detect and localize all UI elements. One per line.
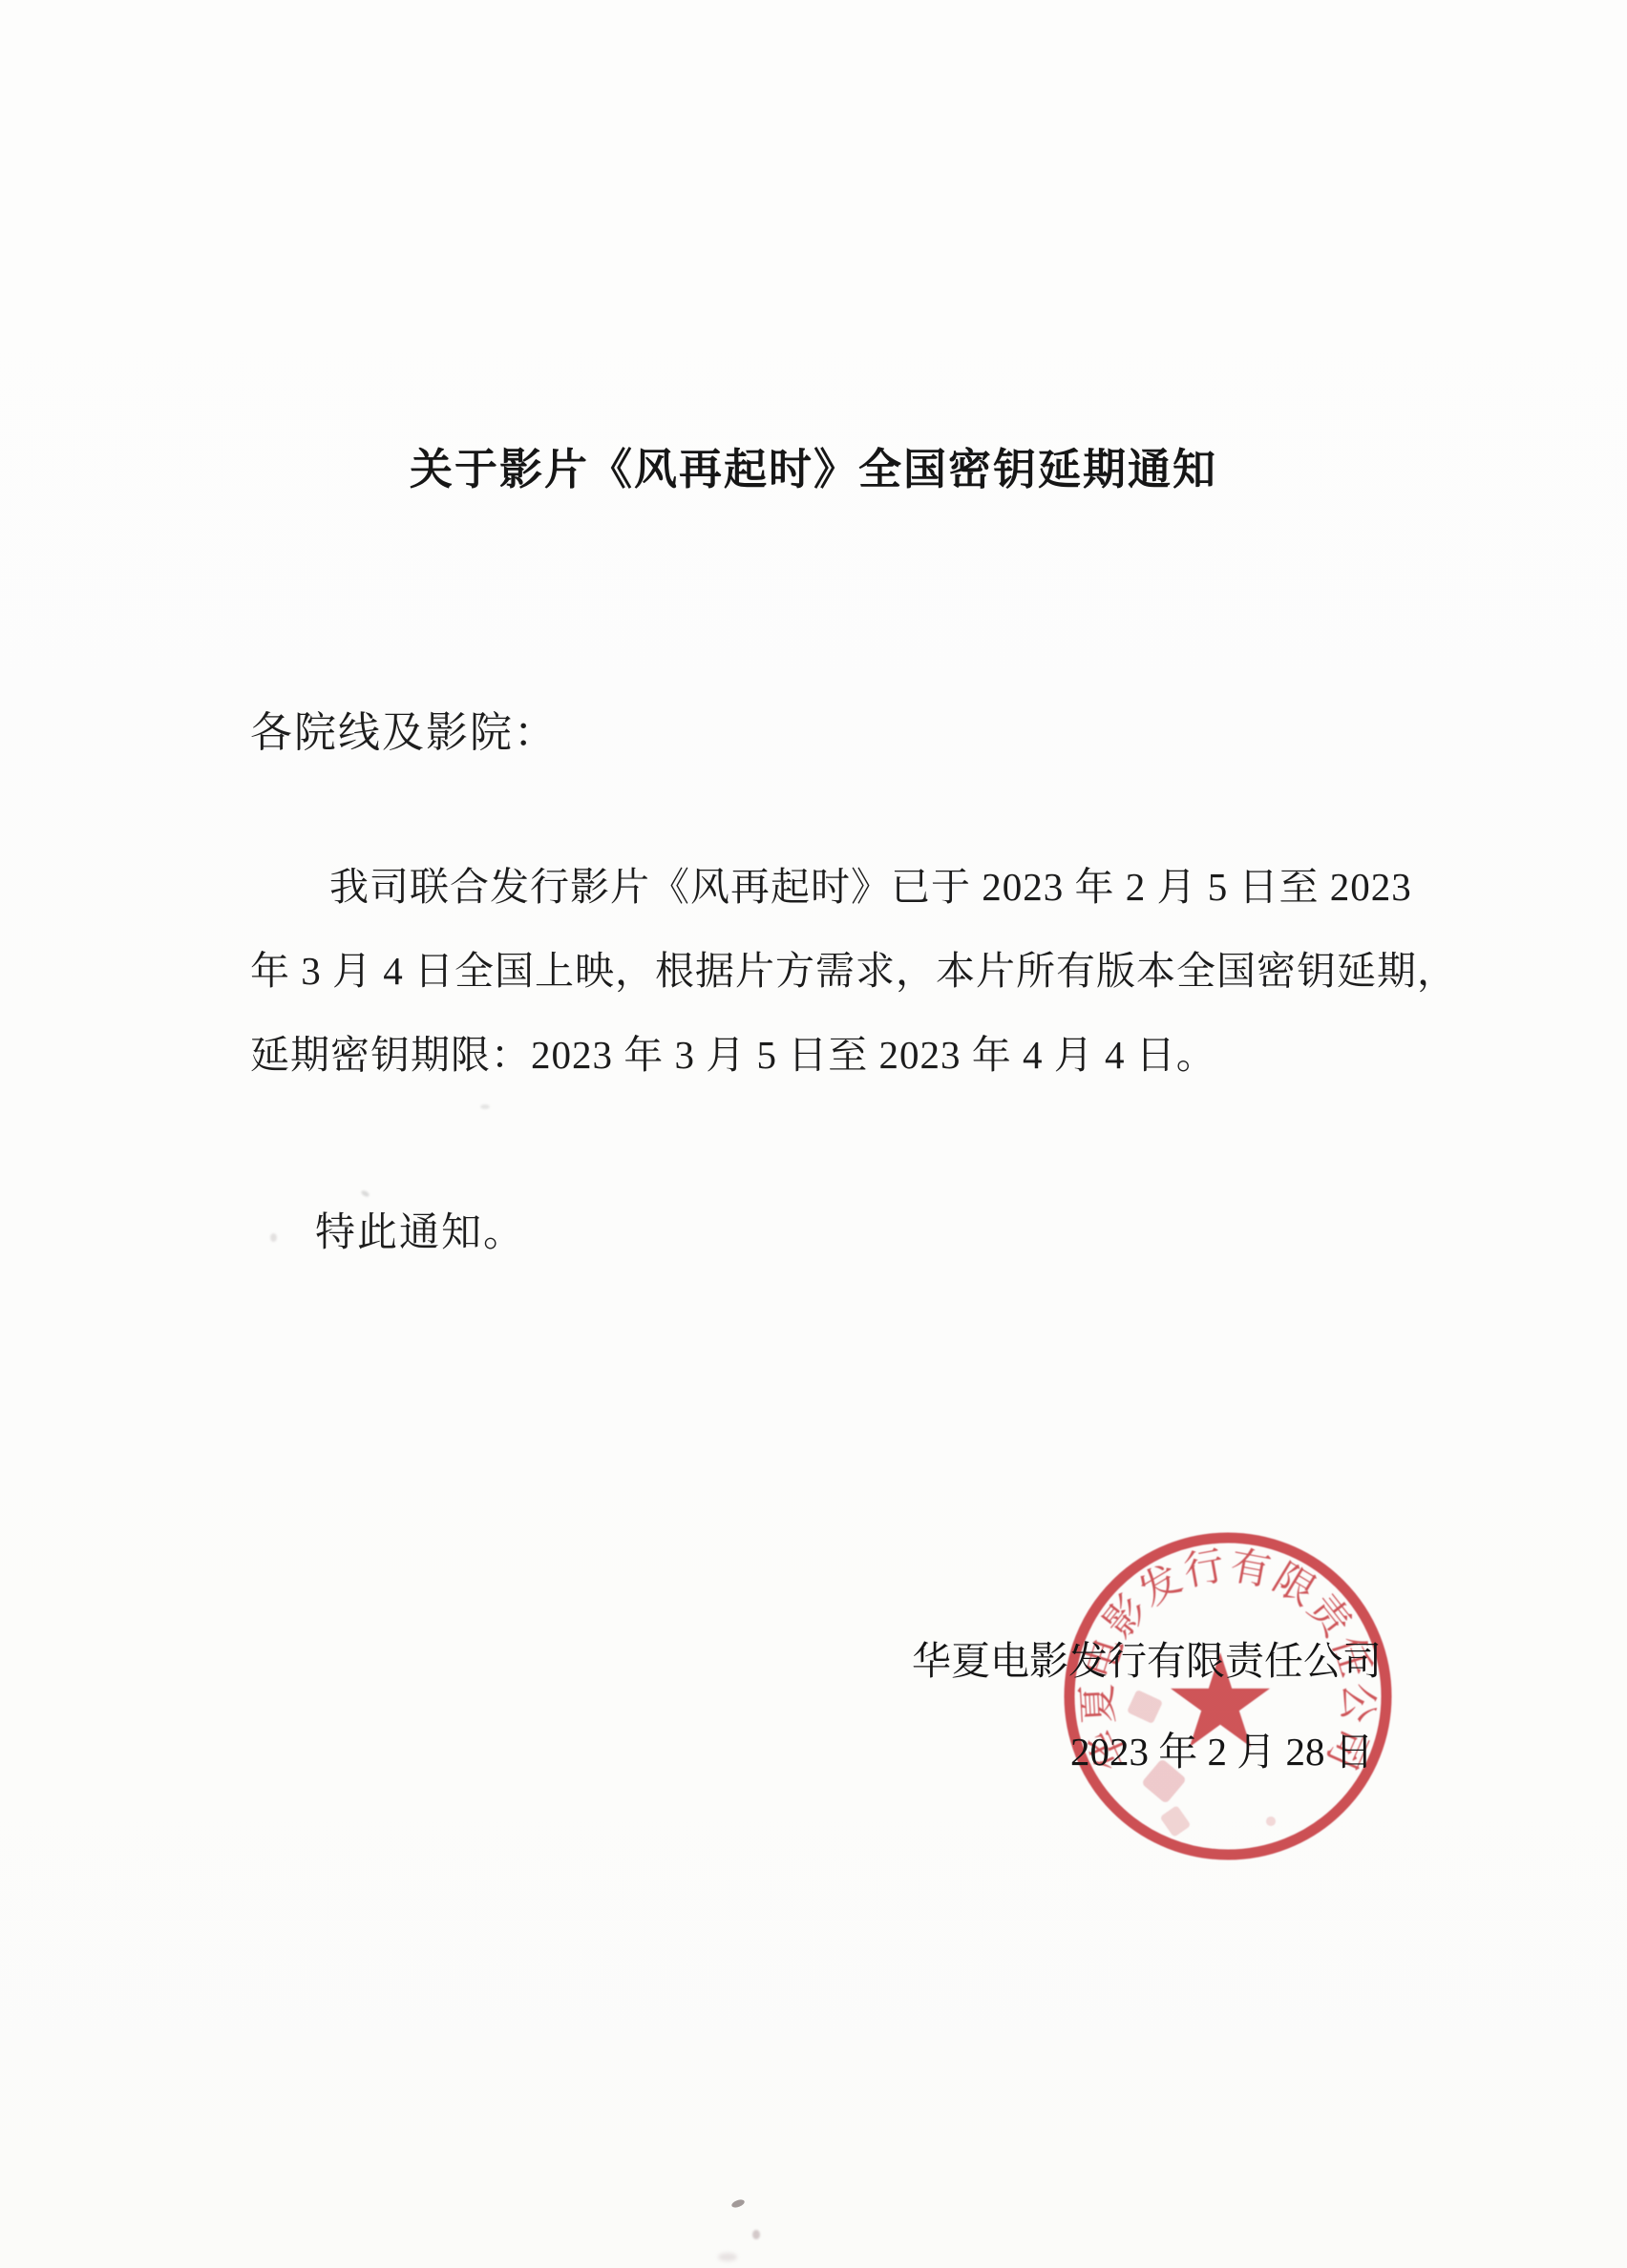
signature-date: 2023 年 2 月 28 日 [1070, 1720, 1374, 1776]
closing-line: 特此通知。 [315, 1201, 525, 1258]
seal-graphic: 华夏电影发行有限责任公司 [1056, 1524, 1400, 1868]
document-page: 关于影片《风再起时》全国密钥延期通知 各院线及影院： 我司联合发行影片《风再起时… [0, 0, 1627, 2268]
signature-company-name: 华夏电影发行有限责任公司 [912, 1629, 1382, 1686]
scan-speck [752, 2230, 760, 2239]
body-paragraph-line-1: 我司联合发行影片《风再起时》已于 2023 年 2 月 5 日至 2023 [329, 864, 1382, 911]
body-paragraph-line-2: 年 3 月 4 日全国上映，根据片方需求，本片所有版本全国密钥延期， [250, 948, 1384, 995]
scan-speck [730, 2198, 746, 2209]
scan-speck [718, 2253, 737, 2261]
document-title: 关于影片《风再起时》全国密钥延期通知 [0, 434, 1627, 496]
company-seal-stamp: 华夏电影发行有限责任公司 [1056, 1524, 1400, 1868]
body-paragraph-line-3: 延期密钥期限：2023 年 3 月 5 日至 2023 年 4 月 4 日。 [250, 1032, 1216, 1079]
scan-speck [270, 1233, 277, 1242]
scan-speck [480, 1104, 490, 1109]
salutation-line: 各院线及影院： [250, 698, 558, 759]
scan-speck [360, 1189, 370, 1198]
